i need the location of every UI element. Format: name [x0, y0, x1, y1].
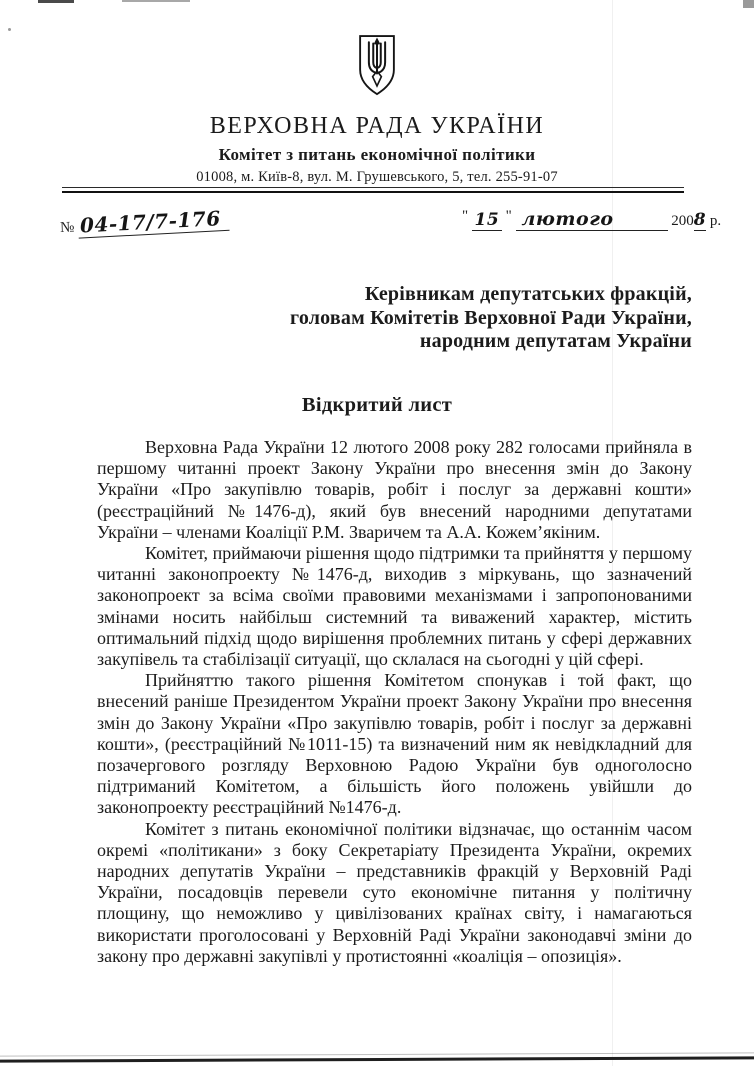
letter-title: Відкритий лист — [0, 394, 754, 417]
tryzub-coat-of-arms-icon — [357, 34, 397, 98]
scan-artifact-dot — [8, 28, 11, 31]
date-line: " 15 " лютого 2008 р. — [462, 208, 721, 231]
paragraph: Комітет з питань економічної політики ві… — [97, 819, 692, 967]
date-open-quote: " — [462, 208, 468, 224]
addressee-line: народним депутатам України — [290, 330, 692, 354]
scan-artifact-top-right — [743, 0, 754, 8]
letterhead-divider — [62, 187, 684, 193]
date-year-digit: 8 — [694, 210, 706, 231]
organization-name: ВЕРХОВНА РАДА УКРАЇНИ — [4, 113, 750, 140]
addressee-block: Керівникам депутатських фракцій, головам… — [290, 283, 692, 354]
scanned-letter-page: ВЕРХОВНА РАДА УКРАЇНИ Комітет з питань е… — [0, 0, 754, 1066]
reference-number: № 04-17/7-176 — [60, 207, 230, 238]
addressee-line: Керівникам депутатських фракцій, — [290, 283, 692, 307]
paragraph: Верховна Рада України 12 лютого 2008 рок… — [97, 437, 692, 543]
scan-border-bottom — [0, 1056, 754, 1062]
scan-artifact-top — [122, 0, 190, 2]
date-day: 15 — [472, 210, 502, 231]
letter-body: Верховна Рада України 12 лютого 2008 рок… — [97, 437, 692, 967]
date-year-suffix: р. — [710, 213, 721, 229]
paragraph: Прийняттю такого рішення Комітетом спону… — [97, 670, 692, 818]
reference-number-value: 04-17/7-176 — [78, 206, 230, 239]
date-year-printed: 200 — [671, 213, 694, 229]
addressee-line: головам Комітетів Верховної Ради України… — [290, 307, 692, 331]
date-month: лютого — [516, 208, 668, 231]
scan-artifact-top-left — [38, 0, 74, 3]
paragraph: Комітет, приймаючи рішення щодо підтримк… — [97, 543, 692, 670]
reference-number-label: № — [60, 219, 75, 235]
committee-name: Комітет з питань економічної політики — [4, 145, 750, 165]
letterhead: ВЕРХОВНА РАДА УКРАЇНИ Комітет з питань е… — [4, 34, 750, 186]
address-line: 01008, м. Київ-8, вул. М. Грушевського, … — [4, 169, 750, 186]
date-close-quote: " — [506, 208, 512, 224]
